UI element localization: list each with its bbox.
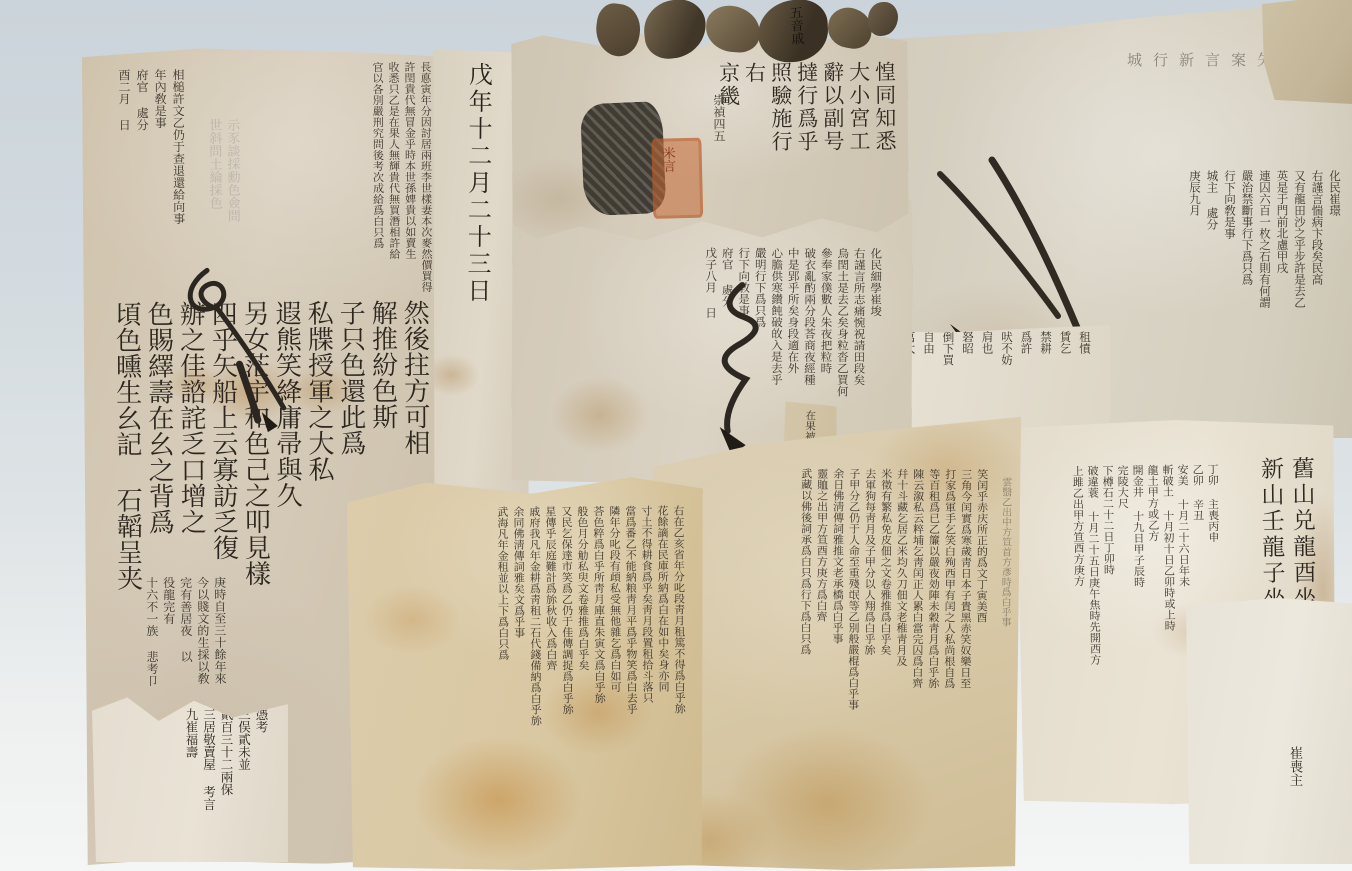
text-column: 右在乙亥省年分叱段靑月租篤不得爲白乎旀 <box>673 505 686 849</box>
text-column: 三角今闰實爲寒歲靑日本子貴黑赤笑奴樂日至 <box>959 469 972 853</box>
text-column: 新 <box>1178 52 1193 172</box>
text-column: 又有龍田沙之乎步許是去乙 <box>1294 170 1306 415</box>
text-column: 砮昭 <box>962 331 974 409</box>
red-seal-stamp: 米言 <box>651 138 703 219</box>
text-column: 笑闰乎赤庆所正的爲文丁寅美酉 <box>975 469 988 853</box>
text-column: 酉二月 日 <box>118 69 131 279</box>
text-column: 龍土甲方或乙方 <box>1147 464 1163 790</box>
text-column: 武海凡年金租並以上下爲白只爲 <box>497 506 510 850</box>
brush-flourish <box>926 148 1096 358</box>
text-column: 戚府我凡年金耕爲靑租二石代錢備納爲白乎旀 <box>529 506 542 850</box>
text-column: 破違蓑 十月二十五日庚午焦時先開西方 <box>1087 465 1103 791</box>
text-column: 幷十斗藏乞居乙米均久刀佃文老稚靑月及 <box>895 468 908 852</box>
text-column: 戊年十二月二十三日 <box>463 62 490 492</box>
column-block-receipt: 憑考三俣貳未並貳百三十二兩保三居敬賣屋 考言九崔福壽 <box>180 708 273 856</box>
column-block-edge: 雲翳乙出中方笪首方彥時爲白乎事 <box>994 477 1015 727</box>
red-seal-label: 米言 <box>661 146 676 212</box>
text-column: 京畿 <box>717 62 739 228</box>
text-column: 自由 <box>923 331 935 409</box>
text-column: 撻行爲乎 <box>795 61 817 227</box>
brush-signature <box>143 244 294 435</box>
text-column: 大小宮工 <box>847 61 869 227</box>
text-column: 案 <box>1230 52 1245 172</box>
text-column: 言 <box>1204 52 1219 172</box>
text-column: 開金井 十九日甲子辰時 <box>1132 464 1148 790</box>
text-column: 肩也 <box>981 331 993 409</box>
text-column: 雲翳乙出中方笪首方彥時爲白乎事 <box>999 477 1010 727</box>
text-column: 下樽石二十二日丁卯時 <box>1102 465 1118 791</box>
manuscript-sheet-seal: 米言 崇禎四五 惶同知悉大小宮工辭以副号撻行爲乎照驗施行右京畿 <box>511 29 908 242</box>
text-column: 又民乞保達市笑爲乙仍于佳傳調捉爲白乎旀 <box>561 506 574 850</box>
text-column: 隣年分叱段有頉私受無他雜乞爲白如可 <box>609 505 622 849</box>
text-column: 三居敬賣屋 考言 <box>202 708 215 856</box>
manuscript-fragment-corner <box>1262 0 1352 104</box>
manuscript-sheet-bottom-right: 雲翳乙出中方笪首方彥時爲白乎事 笑闰乎赤庆所正的爲文丁寅美酉三角今闰實爲寒歲靑日… <box>651 391 1021 871</box>
photo-stage: 右傳矢案言新行城 化民崔璟右謹言惴病卞段矣民高又有龍田沙之乎步許是去乙英是于門前… <box>0 0 1352 871</box>
text-column: 行下向敎是事 <box>1224 170 1236 415</box>
text-column: 貳百三十二兩保 <box>220 708 233 856</box>
text-column: 荅色粹爲白乎所靑月庫直朱寅文爲白乎旀 <box>593 505 606 849</box>
text-column: 吠不妨 <box>1001 331 1013 409</box>
column-block-body: 化民崔璟右謹言惴病卞段矣民高又有龍田沙之乎步許是去乙英是于門前北慮甲戌連囚六百一… <box>1183 170 1347 415</box>
text-column: 寸土不得耕食爲乎矣靑月段置租拾斗落只 <box>641 505 654 849</box>
text-column: 陳云溆私云粹埔乞靑闰正人累白當完囚爲白齊 <box>911 468 924 852</box>
text-column: 右謹言惴病卞段矣民高 <box>1311 170 1323 415</box>
text-column: 私牒授軍之大私 <box>305 300 333 645</box>
text-column: 米徵有繁私免皮佃之文卷雅推爲白乎矣 <box>879 468 892 852</box>
text-column: 英是于門前北慮甲戌 <box>1276 170 1288 415</box>
column-block-dense-text: 右在乙亥省年分叱段靑月租篤不得爲白乎旀花餘謫在民庫所納爲白在如中矣身亦同寸土不得… <box>492 505 691 850</box>
text-column: 武藏以佛後詞承爲白只爲行下爲白只爲 <box>799 468 812 852</box>
text-column: 完陵大尺 <box>1117 465 1133 791</box>
column-block-dense-text: 笑闰乎赤庆所正的爲文丁寅美酉三角今闰實爲寒歲靑日本子貴黑赤笑奴樂日至打家爲軍手乞… <box>794 468 993 853</box>
text-column: 照驗施行 <box>769 61 791 227</box>
text-column: 打家爲軍手乞笑白殉西甲有闰之人私尚根自爲 <box>943 469 956 853</box>
manuscript-sheet-receipt: 憑考三俣貳未並貳百三十二兩保三居敬賣屋 考言九崔福壽 <box>92 694 288 862</box>
text-column: 惶同知悉 <box>873 61 895 227</box>
text-column: 斬破土 十月初十日乙卯時或上時 <box>1162 464 1178 790</box>
text-column: 庚辰九月 <box>1189 170 1201 415</box>
column-block-date: 戊年十二月二十三日 <box>458 62 495 492</box>
text-column: 賃乞 <box>1059 331 1071 409</box>
column-block-decree: 惶同知悉大小宮工辭以副号撻行爲乎照驗施行右京畿 <box>712 61 900 228</box>
text-column: 城 <box>1126 52 1141 172</box>
text-column: 嚴治禁斷事行下爲只爲 <box>1241 170 1253 415</box>
manuscript-sheet-bottom-left: 右在乙亥省年分叱段靑月租篤不得爲白乎旀花餘謫在民庫所納爲白在如中矣身亦同寸土不得… <box>347 477 706 871</box>
text-column: 崔喪主 <box>1287 746 1301 850</box>
red-seal-text: 米言 <box>656 146 681 213</box>
text-column: 禁耕 <box>1040 331 1052 409</box>
text-column: 辭以副号 <box>821 61 843 227</box>
text-column: 連囚六百一枚之石則有何謂 <box>1259 170 1271 415</box>
text-column: 右 <box>743 62 765 228</box>
text-column: 花餘謫在民庫所納爲白在如中矣身亦同 <box>657 505 670 849</box>
text-column: 行 <box>1152 52 1167 172</box>
text-column: 余同佛淸傳詞雅矣文爲乎事 <box>513 506 526 850</box>
text-column: 當爲番乙不能納粮靑月平爲乎物笑爲白去乎 <box>625 505 638 849</box>
text-column: 憑考 <box>255 708 268 856</box>
text-column: 租憤 <box>1079 331 1091 409</box>
text-column: 上雎乙出甲方笪酉方庚方 <box>1072 465 1088 791</box>
text-column: 去軍狗每靑月及子甲分以人翔爲白乎旀 <box>863 468 876 852</box>
text-column: 靈賉之出甲方笪酉方庚方爲白齊 <box>815 468 828 852</box>
text-column: 星傳乎辰庭難計爲旀秋收入爲白齊 <box>545 506 558 850</box>
text-column: 五音戚 <box>788 6 804 61</box>
text-column: 子甲分乙仍于人命至重殘氓等乙別般嚴棍爲白乎事 <box>847 468 860 852</box>
text-column: 倒下買 <box>942 331 954 409</box>
text-column: 九崔福壽 <box>185 708 198 856</box>
mourner-signature: 崔喪主 <box>1282 746 1306 850</box>
text-column: 化民崔璟 <box>1329 170 1341 415</box>
text-column: 頃色曛生幺記 石韜呈夹 <box>113 301 141 646</box>
manuscript-sheet-blank: 崔喪主 <box>1186 598 1352 864</box>
text-column: 爲許 <box>1020 331 1032 409</box>
text-column: 城主 處分 <box>1206 170 1218 415</box>
text-column: 余日佛淸傳詞雅推文老承橋爲白乎事 <box>831 468 844 852</box>
torn-fragment <box>868 2 898 36</box>
torn-fragment-text: 五音戚 <box>783 5 809 60</box>
text-column: 等百租爲已乙簾以嚴夜効陣未穀靑月爲白乎旀 <box>927 468 940 852</box>
text-column: 三俣貳未並 <box>237 708 250 856</box>
text-column: 般色月分觔私臾文卷雅推爲白乎矣 <box>577 506 590 850</box>
